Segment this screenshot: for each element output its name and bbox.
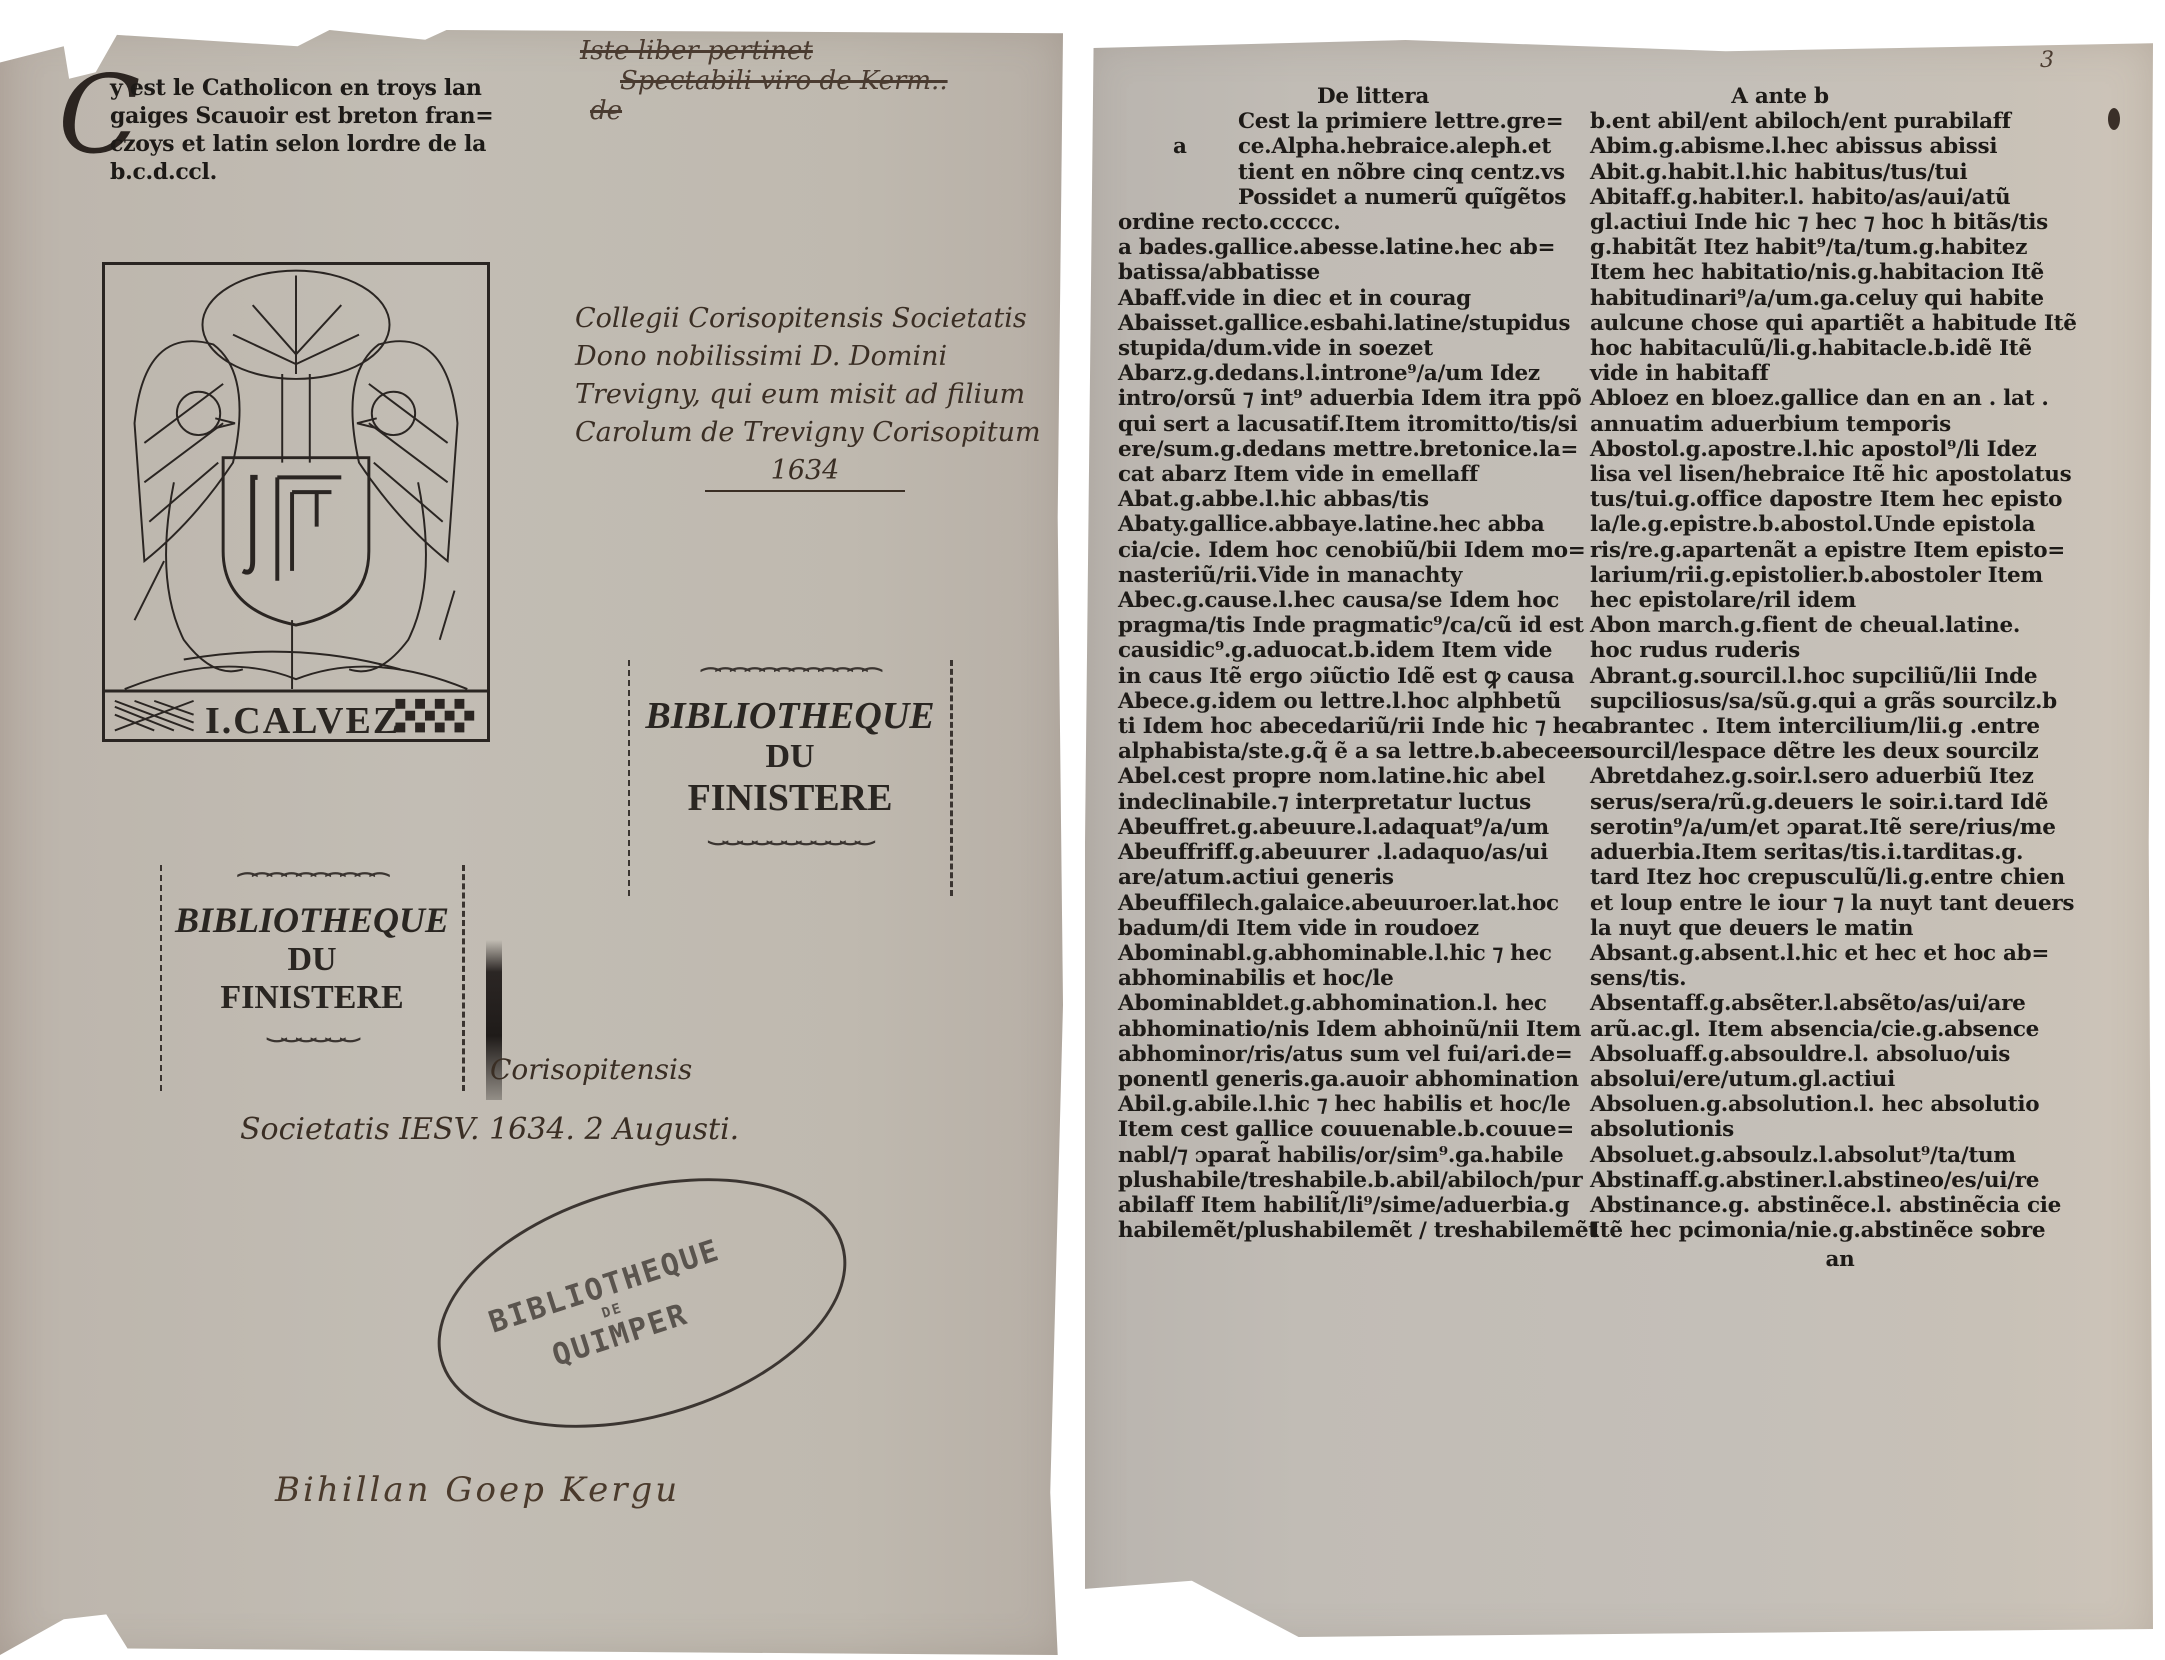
entry-line: annuatim aduerbium temporis [1590, 412, 2090, 437]
griffins-shield-tree-icon [105, 265, 487, 739]
entry-line: stupida/dum.vide in soezet [1118, 336, 1568, 361]
entry-line: arũ.ac.gl. Item absencia/cie.g.absence [1590, 1017, 2090, 1042]
entry-line: Abaff.vide in diec et in courag [1118, 286, 1568, 311]
stamp-line: BIBLIOTHEQUE [640, 694, 940, 738]
entry-line: absolui/ere/utum.gl.actiui [1590, 1067, 2090, 1092]
entry-line: cat abarz Item vide in emellaff [1118, 462, 1568, 487]
entry-line: are/atum.actiui generis [1118, 865, 1568, 890]
entry-line: Absoluen.g.absolution.l. hec absolutio [1590, 1092, 2090, 1117]
entry-line: sens/tis. [1590, 966, 2090, 991]
entry-line: absolutionis [1590, 1117, 2090, 1142]
title-text-block: y est le Catholicon en troys lan gaiges … [110, 74, 510, 186]
donation-inscription: Collegii Corisopitensis Societatis Dono … [575, 300, 1055, 492]
entry-line: habitudinari⁹/a/um.ga.celuy qui habite [1590, 286, 2090, 311]
handwritten-signature: Bihillan Goep Kergu [275, 1470, 680, 1510]
entry-line: ere/sum.g.dedans mettre.bretonice.la= [1118, 437, 1568, 462]
dictionary-column-1: De littera a Cest la primiere lettre.gre… [1118, 84, 1568, 1243]
entry-line: Abeuffret.g.abeuure.l.adaquat⁹/a/um [1118, 815, 1568, 840]
inscription-line: Spectabili viro de Kerm.. [580, 66, 1020, 96]
entry-line: aduerbia.Item seritas/tis.i.tarditas.g. [1590, 840, 2090, 865]
entry-line: Abon march.g.fient de cheual.latine. [1590, 613, 2090, 638]
entry-line: Absoluaff.g.absouldre.l. absoluo/uis [1590, 1042, 2090, 1067]
entry-line: serotin⁹/a/um/et ɔparat.Itẽ sere/rius/me [1590, 815, 2090, 840]
stamp-line: BIBLIOTHEQUE [172, 899, 452, 941]
entry-line: badum/di Item vide in roudoez [1118, 916, 1568, 941]
entry-line: cia/cie. Idem hoc cenobiũ/bii Idem mo= [1118, 538, 1568, 563]
column-heading: A ante b [1590, 84, 2090, 109]
entry-line: Abrant.g.sourcil.l.hoc supciliũ/lii Inde [1590, 664, 2090, 689]
entry-line: pragma/tis Inde pragmatic⁹/ca/cũ id est [1118, 613, 1568, 638]
entry-line: hoc rudus ruderis [1590, 638, 2090, 663]
stamp-line: DU [640, 738, 940, 776]
entry-line: b.ent abil/ent abiloch/ent purabilaff [1590, 109, 2090, 134]
entry-line: intro/orsũ ⁊ int⁹ aduerbia Idem itra ppõ [1118, 386, 1568, 411]
entry-line: gl.actiui Inde hic ⁊ hec ⁊ hoc h bitãs/t… [1590, 210, 2090, 235]
entry-line: causidic⁹.g.aduocat.b.idem Item vide [1118, 638, 1568, 663]
entry-line: Abeuffriff.g.abeuurer .l.adaquo/as/ui [1118, 840, 1568, 865]
entry-line: Abominabldet.g.abhomination.l. hec [1118, 991, 1568, 1016]
entry-line: Abitaff.g.habiter.l. habito/as/aui/atũ [1590, 185, 2090, 210]
inscription-line: Iste liber pertinet [580, 36, 1020, 66]
entry-line: vide in habitaff [1590, 361, 2090, 386]
printer-mark-woodcut: I.CALVEZ [102, 262, 490, 742]
entry-line: ordine recto.ccccc. [1118, 210, 1568, 235]
inscription-line: Trevigny, qui eum misit ad filium [575, 376, 1055, 414]
entry-line: nabl/⁊ ɔparat̃ habilis/or/sim⁹.ga.habile [1118, 1143, 1568, 1168]
entry-line: Abloez en bloez.gallice dan en an . lat … [1590, 386, 2090, 411]
title-line: b.c.d.ccl. [110, 158, 510, 186]
title-line: czoys et latin selon lordre de la [110, 130, 510, 158]
inscription-line: de [580, 96, 1020, 126]
entry-line: Itẽ hec pcimonia/nie.g.abstinẽce sobre [1590, 1218, 2090, 1243]
stamp-line: DU [172, 941, 452, 979]
title-line: gaiges Scauoir est breton fran= [110, 102, 510, 130]
entry-line: g.habitãt Itez habit⁹/ta/tum.g.habitez [1590, 235, 2090, 260]
entry-line: Abaisset.gallice.esbahi.latine/stupidus [1118, 311, 1568, 336]
entry-line: Abaty.gallice.abbaye.latine.hec abba [1118, 512, 1568, 537]
entry-line: ris/re.g.apartenãt a epistre Item episto… [1590, 538, 2090, 563]
entry-line: hoc habitaculũ/li.g.habitacle.b.idẽ Itẽ [1590, 336, 2090, 361]
entry-line: tus/tui.g.office dapostre Item hec epist… [1590, 487, 2090, 512]
entry-line: Abec.g.cause.l.hec causa/se Idem hoc [1118, 588, 1568, 613]
entry-line: tient en nõbre cinq centz.vs [1118, 160, 1568, 185]
entry-line: indeclinabile.⁊ interpretatur luctus [1118, 790, 1568, 815]
entry-line: ti Idem hoc abecedariũ/rii Inde hic ⁊ he… [1118, 714, 1568, 739]
college-inscription: Corisopitensis Societatis IESV. 1634. 2 … [220, 1040, 920, 1160]
entry-line: supciliosus/sa/sũ.g.qui a grãs sourcilz.… [1590, 689, 2090, 714]
entry-line: nasteriũ/rii.Vide in manachty [1118, 563, 1568, 588]
inscription-year: 1634 [705, 452, 905, 492]
entry-line: Abat.g.abbe.l.hic abbas/tis [1118, 487, 1568, 512]
inscription-line: Societatis IESV. 1634. 2 Augusti. [220, 1100, 920, 1160]
entry-line: Abominabl.g.abhominable.l.hic ⁊ hec [1118, 941, 1568, 966]
entry-line: Abel.cest propre nom.latine.hic abel [1118, 764, 1568, 789]
stamp-border-ornament: ⁀⁀⁀⁀⁀⁀⁀⁀⁀⁀ [172, 873, 452, 899]
stamp-border-ornament: ‿‿‿‿‿‿‿‿‿‿‿ [640, 820, 940, 846]
entry-line: Abstinance.g. abstinẽce.l. abstinẽcia ci… [1590, 1193, 2090, 1218]
entry-line: abilaff Item habilit̃/li⁹/sime/aduerbia.… [1118, 1193, 1568, 1218]
title-line: y est le Catholicon en troys lan [110, 74, 510, 102]
page-number: 3 [2040, 48, 2054, 73]
entry-line: ponentl generis.ga.auoir abhomination [1118, 1067, 1568, 1092]
entry-line: Item hec habitatio/nis.g.habitacion Itẽ [1590, 260, 2090, 285]
entry-line: lisa vel lisen/hebraice Itẽ hic apostola… [1590, 462, 2090, 487]
entry-line: Abarz.g.dedans.l.introne⁹/a/um Idez [1118, 361, 1568, 386]
entry-line: Item cest gallice couuenable.b.couue= [1118, 1117, 1568, 1142]
inscription-line: Collegii Corisopitensis Societatis [575, 300, 1055, 338]
library-stamp-finistere: ⁀⁀⁀⁀⁀⁀⁀⁀⁀⁀⁀⁀ BIBLIOTHEQUE DU FINISTERE ‿… [628, 660, 953, 896]
margin-letter: a [1173, 134, 1187, 159]
entry-line: Abece.g.idem ou lettre.l.hoc alphbetũ [1118, 689, 1568, 714]
entry-line: et loup entre le iour ⁊ la nuyt tant deu… [1590, 891, 2090, 916]
inscription-line: Corisopitensis [220, 1040, 920, 1100]
entry-line: Abretdahez.g.soir.l.sero aduerbiũ Itez [1590, 764, 2090, 789]
entry-line: plushabile/treshabile.b.abil/abiloch/pur [1118, 1168, 1568, 1193]
entry-line: aulcune chose qui apartiẽt a habitude It… [1590, 311, 2090, 336]
entry-line: a bades.gallice.abesse.latine.hec ab= [1118, 235, 1568, 260]
entry-line: la/le.g.epistre.b.abostol.Unde epistola [1590, 512, 2090, 537]
entry-line: abhominabilis et hoc/le [1118, 966, 1568, 991]
entry-line: serus/sera/rũ.g.deuers le soir.i.tard Id… [1590, 790, 2090, 815]
crossed-out-ownership-inscription: Iste liber pertinet Spectabili viro de K… [580, 36, 1020, 126]
entry-line: abhominor/ris/atus sum vel fui/ari.de= [1118, 1042, 1568, 1067]
entry-line: Absoluet.g.absoulz.l.absolut⁹/ta/tum [1590, 1143, 2090, 1168]
entry-line: alphabista/ste.g.q̃ ẽ a sa lettre.b.abec… [1118, 739, 1568, 764]
column-heading: De littera [1118, 84, 1568, 109]
dictionary-column-2: A ante b b.ent abil/ent abiloch/ent pura… [1590, 84, 2090, 1273]
entry-line: batissa/abbatisse [1118, 260, 1568, 285]
stamp-border-ornament: ⁀⁀⁀⁀⁀⁀⁀⁀⁀⁀⁀⁀ [640, 668, 940, 694]
inscription-line: Carolum de Trevigny Corisopitum [575, 414, 1055, 452]
entry-line: tard Itez hoc crepusculũ/li.g.entre chie… [1590, 865, 2090, 890]
entry-line: abhominatio/nis Idem abhoinũ/nii Item [1118, 1017, 1568, 1042]
entry-line: Abstinaff.g.abstiner.l.abstineo/es/ui/re [1590, 1168, 2090, 1193]
entry-line: Abit.g.habit.l.hic habitus/tus/tui [1590, 160, 2090, 185]
inscription-line: Dono nobilissimi D. Domini [575, 338, 1055, 376]
entry-line: abrantec . Item intercilium/lii.g .entre [1590, 714, 2090, 739]
catchword: an [1590, 1247, 2090, 1272]
entry-line: sourcil/lespace dẽtre les deux sourcilz [1590, 739, 2090, 764]
entry-line: Abim.g.abisme.l.hec abissus abissi [1590, 134, 2090, 159]
entry-line: Abostol.g.apostre.l.hic apostol⁹/li Idez [1590, 437, 2090, 462]
oval-library-stamp-quimper: BIBLIOTHEQUE DE QUIMPER [432, 1188, 852, 1418]
printer-name: I.CALVEZ [205, 699, 395, 743]
ink-blot [2108, 108, 2120, 130]
entry-line: hec epistolare/ril idem [1590, 588, 2090, 613]
stamp-line: FINISTERE [172, 979, 452, 1017]
entry-line: la nuyt que deuers le matin [1590, 916, 2090, 941]
stamp-line: FINISTERE [640, 776, 940, 820]
entry-line: Possidet a numerũ quĩgẽtos [1118, 185, 1568, 210]
entry-line: Abeuffilech.galaice.abeuuroer.lat.hoc [1118, 891, 1568, 916]
entry-line: larium/rii.g.epistolier.b.abostoler Item [1590, 563, 2090, 588]
entry-line: Abil.g.abile.l.hic ⁊ hec habilis et hoc/… [1118, 1092, 1568, 1117]
entry-line: qui sert a lacusatif.Item itromitto/tis/… [1118, 412, 1568, 437]
entry-line: Cest la primiere lettre.gre= [1118, 109, 1568, 134]
entry-line: in caus Itẽ ergo ɔiũctio Idẽ est ꝙ causa [1118, 664, 1568, 689]
entry-line: habilemẽt/plushabilemẽt / treshabilemẽt [1118, 1218, 1568, 1243]
entry-line: Absant.g.absent.l.hic et hec et hoc ab= [1590, 941, 2090, 966]
entry-line: Absentaff.g.absẽter.l.absẽto/as/ui/are [1590, 991, 2090, 1016]
